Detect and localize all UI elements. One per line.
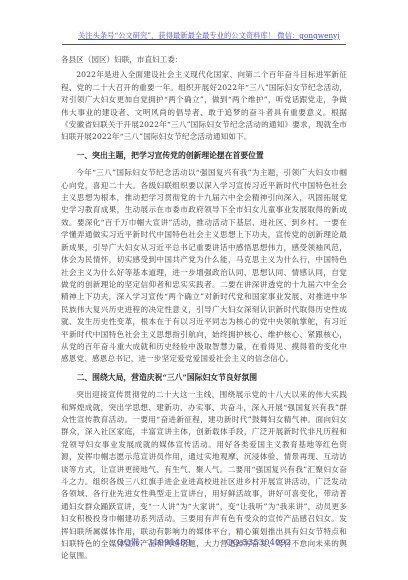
document-body: 各县区（园区）妇联，市直妇工委： 2022年是进入全面建设社会主义现代化国家、向… — [61, 54, 347, 563]
document-page: 关注头条号“公文研究”，获得最新最全最专业的公文资料库！ 微信：gongweny… — [0, 0, 408, 580]
section-body-1: 今年“三八”国际妇女节纪念活动以“强国复兴有我”为主题，引领广大妇女巾帼心向党，… — [61, 167, 347, 366]
footer-contact: QQ群：31991489 QQ:535304092 — [0, 536, 408, 548]
salutation: 各县区（园区）妇联，市直妇工委： — [61, 54, 347, 66]
section-heading-1: 一、突出主题，把学习宣传党的创新理论摆在首要位置 — [61, 150, 347, 162]
qq-group: QQ群：31991489 — [117, 538, 191, 548]
qq-number: QQ:535304092 — [226, 538, 291, 548]
header-link[interactable]: 关注头条号“公文研究”，获得最新最全最专业的公文资料库！ 微信：gongweny… — [78, 31, 340, 41]
section-heading-2: 二、围绕大局，营造庆祝“三八”国际妇女节良好氛围 — [61, 372, 347, 384]
header-banner: 关注头条号“公文研究”，获得最新最全最专业的公文资料库！ 微信：gongweny… — [62, 28, 346, 45]
intro-paragraph: 2022年是进入全面建设社会主义现代化国家、向第二个百年奋斗目标进军新征程、党的… — [61, 69, 347, 143]
